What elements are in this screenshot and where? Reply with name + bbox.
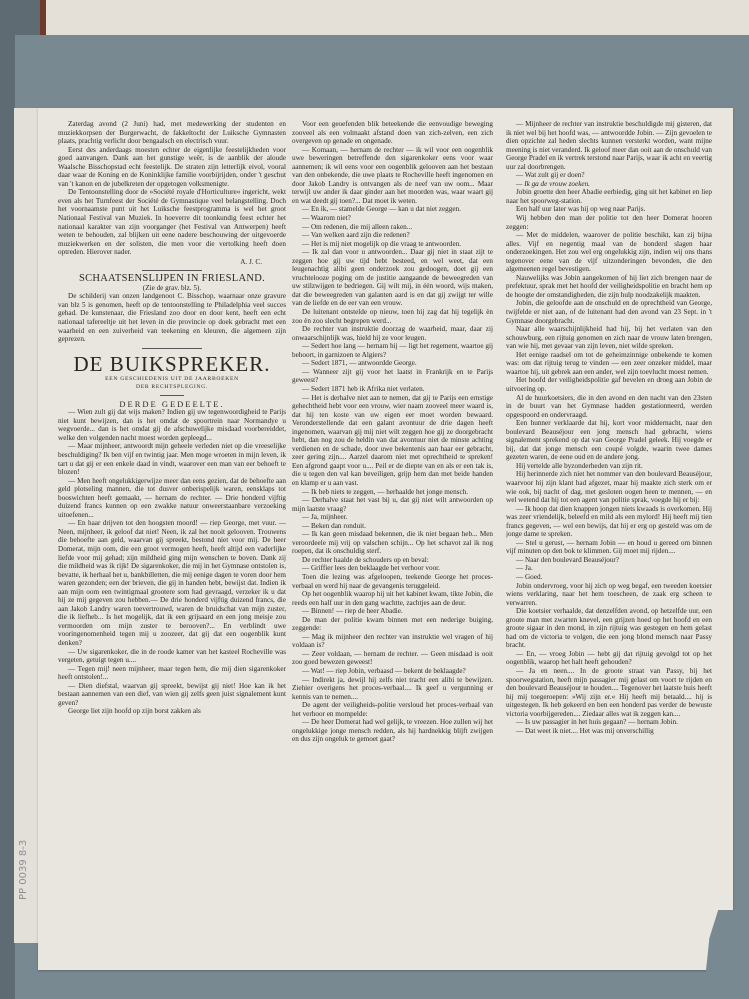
paragraph: — Uw sigarenkoker, die in de roode kamer… <box>58 648 286 665</box>
paragraph: — Indirekt ja, dewijl hij zelfs niet tra… <box>292 676 493 702</box>
paragraph: — Beken dan ronduit. <box>292 522 493 531</box>
paragraph: — Mijnheer de rechter van instruktie bes… <box>506 120 712 171</box>
binder-clip <box>40 0 46 40</box>
section-heading: SCHAATSENSLIJPEN IN FRIESLAND. <box>58 275 286 284</box>
paragraph: — Het is mij niet mogelijk op die vraag … <box>292 240 493 249</box>
paragraph: Hij herinnerde zich niet het nommer van … <box>506 470 712 504</box>
paragraph: — Derhalve staat het vast bij u, dat gij… <box>292 496 493 513</box>
paragraph: De agent der veiligheids-politie verslou… <box>292 701 493 718</box>
story-subtitle: DER RECHTSPLEGING. <box>58 383 286 391</box>
paragraph: De Tentoonstelling door de »Société roya… <box>58 188 286 256</box>
paragraph: — Tegen mij! neen mijnheer, maar tegen h… <box>58 665 286 682</box>
paragraph: — Van welken aard zijn die redenen? <box>292 231 493 240</box>
paragraph: — Ik heb niets te zeggen, — herhaalde he… <box>292 488 493 497</box>
story-subtitle: EEN GESCHIEDENIS UIT DE JAARBOEKEN <box>58 375 286 383</box>
paragraph: — Dien diefstal, waarvan gij spreekt, be… <box>58 682 286 708</box>
paragraph: — Ik hoop dat dien knappen jongen niets … <box>506 505 712 539</box>
paragraph: — De heer Domerat had wel gelijk, te vre… <box>292 718 493 744</box>
paragraph: — Ik ga de vrouw zoeken. <box>506 180 712 189</box>
paragraph: De luitenant ontstelde op nieuw, toen hi… <box>292 308 493 325</box>
paragraph: — Is uw passagier in het huis gegaan? — … <box>506 718 712 727</box>
paragraph: — Ik zal dan voor u antwoorden... Daar g… <box>292 248 493 308</box>
backdrop-paper <box>40 0 749 40</box>
paragraph: — Sedert 1871 heb ik Afrika niet verlate… <box>292 385 493 394</box>
paragraph: — En, — vroeg Jobin — hebt gij dat rijtu… <box>506 650 712 667</box>
paragraph: — Dat weet ik niet.... Het was mij onver… <box>506 727 712 736</box>
section-subheading: (Zie de grav. blz. 5). <box>58 284 286 293</box>
column-3: — Mijnheer de rechter van instruktie bes… <box>506 120 712 735</box>
paragraph: — Sedert hoe lang — hernam hij — ligt he… <box>292 342 493 359</box>
paragraph: Eerst des anderdaags moesten echter de e… <box>58 146 286 189</box>
paragraph: Jobin, die geloofde aan de onschuld en d… <box>506 299 712 325</box>
paragraph: — Komaan, — hernam de rechter — ik wil v… <box>292 146 493 206</box>
paragraph: Jobin ondervroeg, voor hij zich op weg b… <box>506 582 712 608</box>
paragraph: — Wat! — riep Jobin, verbaasd — bekent d… <box>292 667 493 676</box>
paragraph: Een hunner verklaarde dat hij, kort voor… <box>506 419 712 462</box>
paragraph: — Sedert 1871, — antwoordde George. <box>292 359 493 368</box>
paragraph: Die koetsier verhaalde, dat denzelfden a… <box>506 607 712 650</box>
paragraph: Het hoofd der veiligheidspolitie gaf bev… <box>506 376 712 393</box>
signature: A. J. C. <box>58 258 262 267</box>
column-2: Voor een geoefenden blik beteekende die … <box>292 120 493 744</box>
paragraph: — Zeer voldaan, — hernam de rechter. — G… <box>292 650 493 667</box>
divider <box>160 395 184 396</box>
divider <box>142 270 202 271</box>
paragraph: — Waarom niet? <box>292 214 493 223</box>
paragraph: Zaterdag avond (2 Juni) had, met medewer… <box>58 120 286 146</box>
paragraph: Nauwelijks was Jobin aangekomen of hij l… <box>506 274 712 300</box>
paragraph: — Wat zult gij er doen? <box>506 171 712 180</box>
paragraph: — En haar drijven tot den hoogsten moord… <box>58 519 286 647</box>
paragraph: De man der politie kwam binnen met een n… <box>292 616 493 633</box>
paragraph: — Mag ik mijnheer den rechter van instru… <box>292 633 493 650</box>
paragraph: De rechter haalde de schouders op en bev… <box>292 556 493 565</box>
paragraph: Al de huurkoetsiers, die in den avond en… <box>506 394 712 420</box>
story-part: DERDE GEDEELTE. <box>58 400 286 409</box>
paragraph: — Men heeft ongelukkigerwijze meer dan e… <box>58 477 286 520</box>
paragraph: Voor een geoefenden blik beteekende die … <box>292 120 493 146</box>
column-1: Zaterdag avond (2 Juni) had, met medewer… <box>58 120 286 716</box>
paragraph: — Naar den boulevard Beauséjour? <box>506 556 712 565</box>
paragraph: Naar alle waarschijnlijkheid had hij, bi… <box>506 325 712 351</box>
paragraph: De schilderij van onzen landgenoot C. Bi… <box>58 292 286 343</box>
paragraph: — Griffier lees den beklaagde het verhoo… <box>292 564 493 573</box>
paragraph: Op het oogenblik waarop hij uit het kabi… <box>292 590 493 607</box>
paragraph: — Het is derhalve niet aan te nemen, dat… <box>292 394 493 488</box>
story-title: DE BUIKSPREKER. <box>58 353 286 375</box>
paragraph: Jobin groette den heer Abadie eerbiedig,… <box>506 188 712 205</box>
paragraph: — Met de middelen, waarover de politie b… <box>506 231 712 274</box>
paragraph: Toen die lezing was afgeloopen, teekende… <box>292 573 493 590</box>
paragraph: De rechter van instruktie doorzag de waa… <box>292 325 493 342</box>
paragraph: Een half uur later was hij op weg naar P… <box>506 205 712 214</box>
paragraph: — Maar mijnheer, antwoordt mijn geheele … <box>58 442 286 476</box>
paragraph: — En ik, — stamelde George — kan u dat n… <box>292 205 493 214</box>
paragraph: — Stel u gerust, — hernam Jobin — en hou… <box>506 539 712 556</box>
paragraph: — Ja. <box>506 564 712 573</box>
paragraph: — Wanneer zijt gij voor het laatst in Fr… <box>292 368 493 385</box>
paragraph: — Ja, mijnheer. <box>292 513 493 522</box>
paragraph: — Goed. <box>506 573 712 582</box>
paragraph: — Wien zult gij dat wijs maken? Indien g… <box>58 408 286 442</box>
paragraph: Het eenige raadsel om tot de geheimzinni… <box>506 351 712 377</box>
paragraph: Hij vertelde alle byzonderheden van zijn… <box>506 462 712 471</box>
paragraph: — Om redenen, die mij alleen raken... <box>292 223 493 232</box>
paragraph: — Ik kan geen misdaad bekennen, die ik n… <box>292 530 493 556</box>
paragraph: George liet zijn hoofd op zijn borst zak… <box>58 707 286 716</box>
paragraph: Wij hebben den man der politie tot den h… <box>506 214 712 231</box>
pencil-annotation: PP 0039 8-3 <box>18 820 48 900</box>
paragraph: — Ja en neen.... In de groote straat van… <box>506 667 712 718</box>
paragraph: — Binnen! — riep de heer Abadie. <box>292 607 493 616</box>
divider <box>142 348 202 349</box>
